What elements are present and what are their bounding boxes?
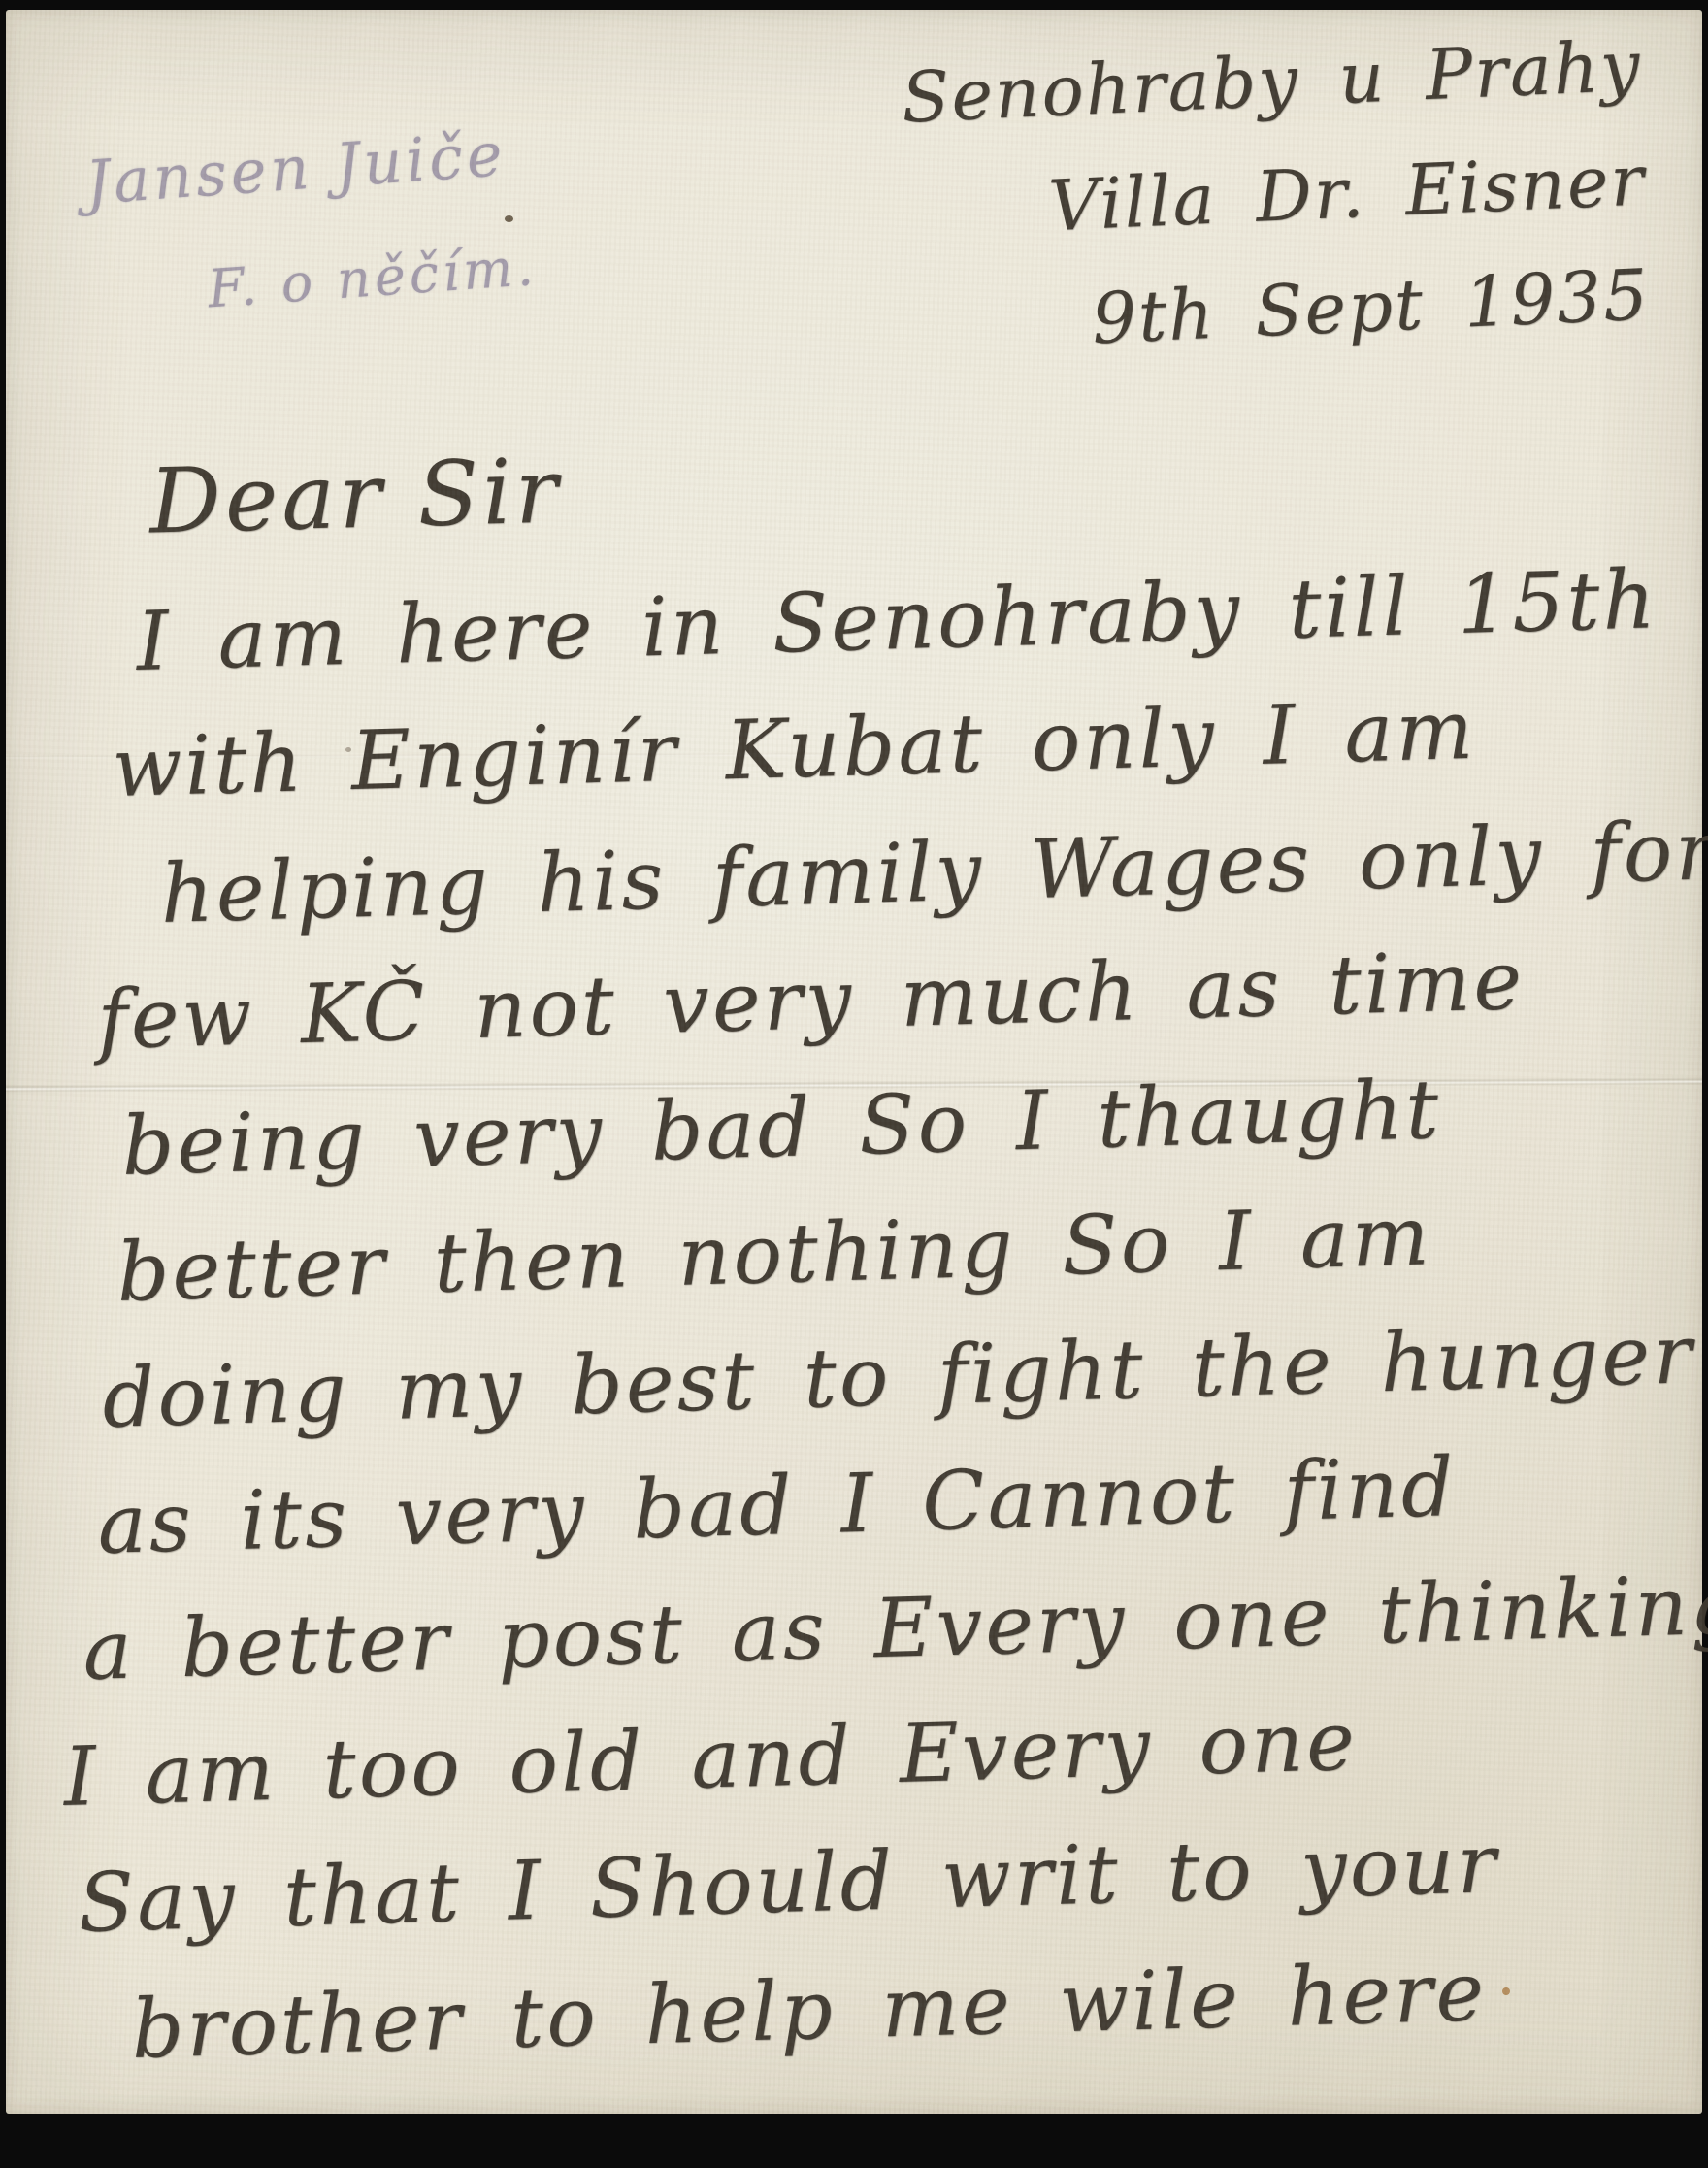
scanner-background: Jansen Juiče F. o něčím. Senohraby u Pra…	[0, 0, 1708, 2168]
letter-body: I am here in Senohraby till 15th with En…	[64, 594, 1702, 2108]
pencil-annotation: Jansen Juiče F. o něčím.	[82, 95, 541, 354]
salutation: Dear Sir	[148, 439, 563, 553]
pencil-annotation-line-2: F. o něčím.	[204, 210, 541, 346]
letter-page: Jansen Juiče F. o něčím. Senohraby u Pra…	[6, 10, 1702, 2114]
letter-header: Senohraby u Prahy Villa Dr. Eisner 9th S…	[767, 12, 1652, 385]
